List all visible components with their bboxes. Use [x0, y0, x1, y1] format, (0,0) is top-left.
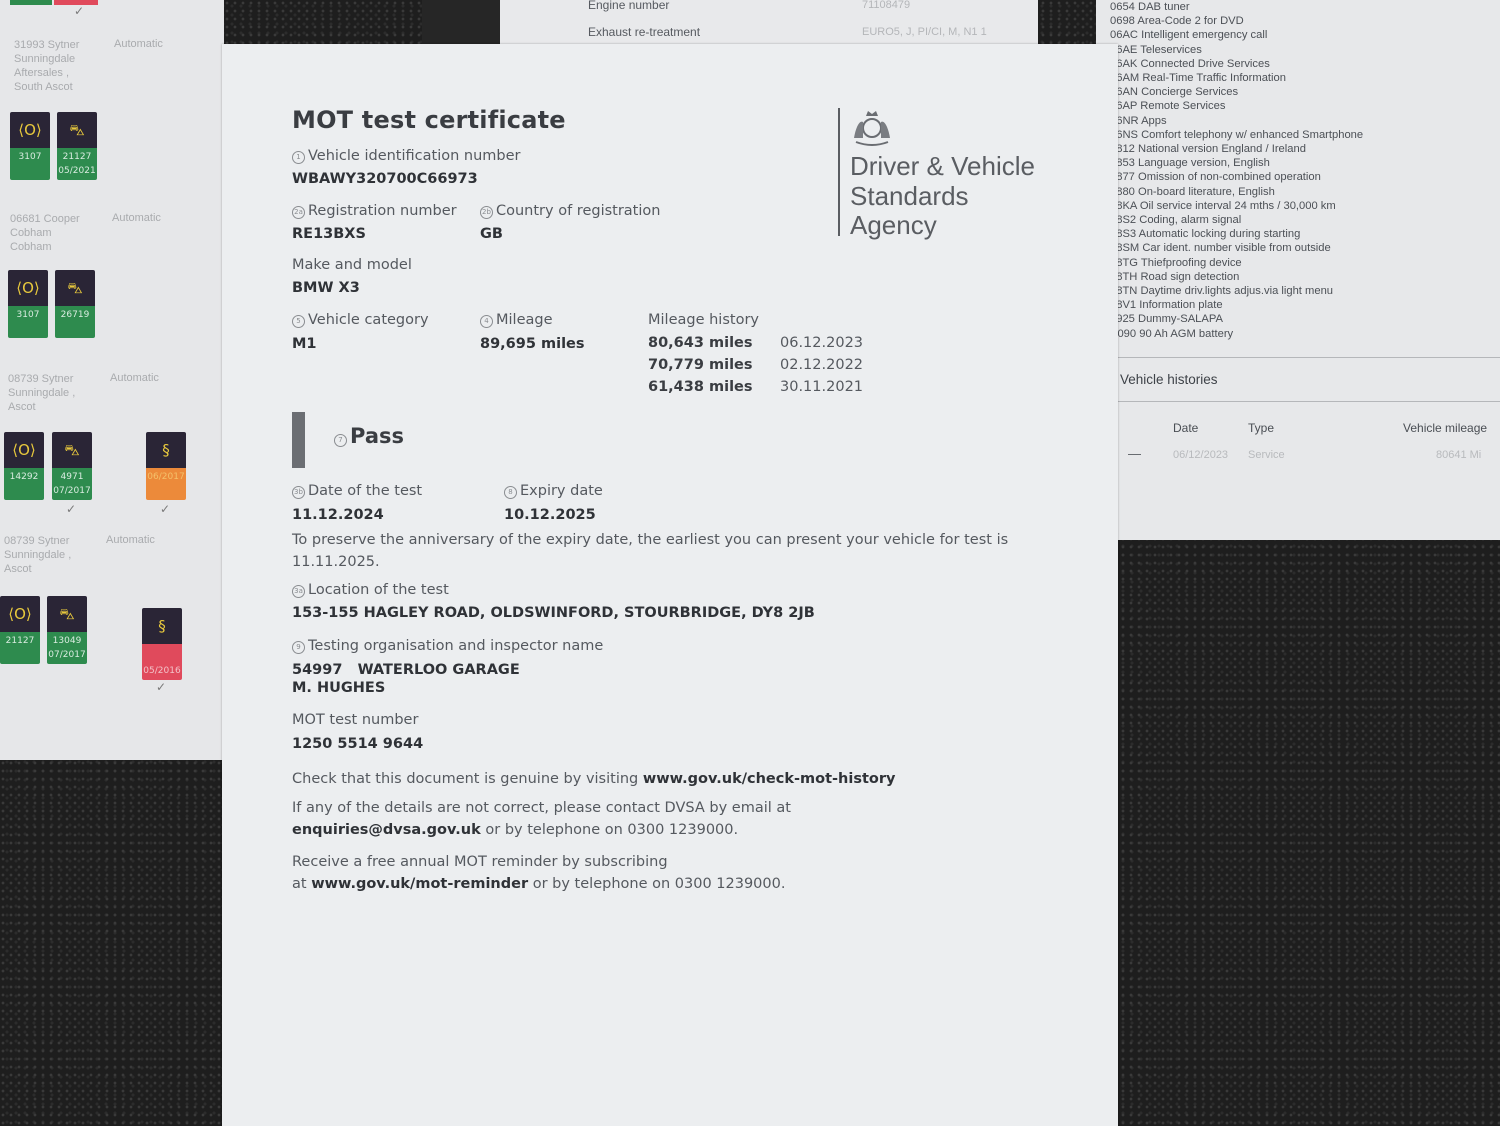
engine-number-label: Engine number [588, 0, 669, 12]
check-text: Check that this document is genuine by v… [292, 771, 638, 787]
column-header-type: Type [1248, 421, 1274, 435]
country-label-text: Country of registration [496, 203, 660, 219]
brake-service-icon: ⟨O⟩ [4, 432, 44, 468]
exhaust-label: Exhaust re-treatment [588, 25, 700, 39]
badge-date: 07/2017 [52, 484, 92, 498]
badge-mileage: 3107 [8, 308, 48, 322]
history-date: 06/12/2023 [1173, 449, 1228, 461]
reminder-text: Receive a free annual MOT reminder by su… [292, 854, 668, 870]
anniversary-text: To preserve the anniversary of the expir… [292, 532, 1008, 548]
org-label: 9Testing organisation and inspector name [292, 638, 603, 654]
location-label-text: Location of the test [308, 582, 449, 598]
org-value: 54997 WATERLOO GARAGE [292, 662, 520, 678]
option-item: 06AE Teleservices [1110, 43, 1363, 57]
dealer-line: Ascot [4, 562, 71, 576]
org-label-text: Testing organisation and inspector name [308, 638, 603, 654]
option-item: 06AK Connected Drive Services [1110, 57, 1363, 71]
agency-name: Driver & Vehicle Standards Agency [850, 152, 1035, 241]
history-type: Service [1248, 449, 1285, 461]
dealer-line: Cobham [10, 226, 80, 240]
option-item: 0654 DAB tuner [1110, 0, 1363, 14]
option-item: 08S2 Coding, alarm signal [1110, 213, 1363, 227]
royal-crest-icon [848, 108, 896, 148]
option-item: 08SM Car ident. number visible from outs… [1110, 241, 1363, 255]
dealer-line: Ascot [8, 400, 75, 414]
expiry-value: 10.12.2025 [504, 507, 596, 523]
dealer-line: 08739 Sytner [8, 372, 75, 386]
vin-label-text: Vehicle identification number [308, 148, 521, 164]
vehicle-details-sheet: Engine number 71108479 Exhaust re-treatm… [500, 0, 1038, 46]
dealer-line: Sunningdale [14, 52, 79, 66]
vin-value: WBAWY320700C66973 [292, 171, 478, 187]
contact-note: If any of the details are not correct, p… [292, 797, 791, 841]
dealer-entry: 08739 Sytner Sunningdale , Ascot [8, 372, 75, 414]
service-badge: § 06/2017 [146, 432, 186, 500]
option-item: 06NR Apps [1110, 114, 1363, 128]
check-mark: ✓ [66, 502, 76, 516]
field-number-icon: 7 [334, 434, 347, 447]
field-number-icon: 1 [292, 151, 305, 164]
option-item: A090 90 Ah AGM battery [1110, 327, 1363, 341]
location-label: 3aLocation of the test [292, 582, 449, 598]
engine-number-value: 71108479 [862, 0, 910, 11]
brake-service-icon: ⟨O⟩ [10, 112, 50, 148]
divider [1096, 401, 1500, 402]
options-list: 0654 DAB tuner0698 Area-Code 2 for DVD06… [1110, 0, 1363, 341]
badge-date: 07/2017 [47, 648, 87, 662]
vehicle-check-icon: ⛍ [52, 432, 92, 468]
page-title: MOT test certificate [292, 106, 566, 134]
badge-mileage: 26719 [55, 308, 95, 322]
badge-mileage: 3107 [10, 150, 50, 164]
logo-divider [838, 108, 840, 236]
badge-date: 05/2021 [57, 164, 97, 178]
option-item: 0853 Language version, English [1110, 156, 1363, 170]
vehicle-check-icon: ⛍ [47, 596, 87, 632]
service-badge: ⛍ 497107/2017 [52, 432, 92, 500]
service-badge: § 05/2016 [142, 608, 182, 680]
dealer-entry: 06681 Cooper Cobham Cobham [10, 212, 80, 254]
service-badge: ⛍ 26719 [55, 270, 95, 338]
service-badge: ⛍ 1304907/2017 [47, 596, 87, 664]
test-date-value: 11.12.2024 [292, 507, 384, 523]
brake-service-icon: ⟨O⟩ [8, 270, 48, 306]
service-badge: ⟨O⟩ 3107 [8, 270, 48, 338]
test-date-label: 3bDate of the test [292, 483, 422, 499]
exhaust-value: EURO5, J, PI/CI, M, N1 1 [862, 26, 987, 38]
field-number-icon: 3b [292, 486, 305, 499]
check-mot-history-link[interactable]: www.gov.uk/check-mot-history [643, 771, 896, 787]
option-item: 06AP Remote Services [1110, 99, 1363, 113]
test-number-value: 1250 5514 9644 [292, 736, 423, 752]
service-badge: ⛍ 2112705/2021 [57, 112, 97, 180]
mileage-value: 89,695 miles [480, 336, 585, 352]
mileage-label: 4Mileage [480, 312, 553, 328]
dealer-line: 08739 Sytner [4, 534, 71, 548]
anniversary-date: 11.11.2025. [292, 554, 380, 570]
registration-label-text: Registration number [308, 203, 457, 219]
dealer-line: 06681 Cooper [10, 212, 80, 226]
field-number-icon: 2a [292, 206, 305, 219]
agency-line: Standards [850, 182, 1035, 212]
dealer-entry: 08739 Sytner Sunningdale , Ascot [4, 534, 71, 576]
vehicle-check-icon: ⛍ [57, 112, 97, 148]
gearbox-label: Automatic [114, 38, 163, 50]
option-item: 08KA Oil service interval 24 mths / 30,0… [1110, 199, 1363, 213]
badge-mileage: 13049 [47, 634, 87, 648]
service-badge: ⟨O⟩ 14292 [4, 432, 44, 500]
service-badge: ⟨O⟩ 21127 [0, 596, 40, 664]
contact-phone-text: or by telephone on 0300 1239000. [485, 822, 738, 838]
location-value: 153-155 HAGLEY ROAD, OLDSWINFORD, STOURB… [292, 605, 815, 621]
badge-date: 05/2016 [142, 664, 182, 678]
option-item: 08TG Thiefproofing device [1110, 256, 1363, 270]
vehicle-check-icon: ⛍ [55, 270, 95, 306]
dealer-entry: 31993 Sytner Sunningdale Aftersales , So… [14, 38, 79, 94]
option-item: 08V1 Information plate [1110, 298, 1363, 312]
gearbox-label: Automatic [112, 212, 161, 224]
field-number-icon: 8 [504, 486, 517, 499]
service-badge: ⟨O⟩ 3107 [10, 112, 50, 180]
mot-certificate: MOT test certificate 1Vehicle identifica… [222, 44, 1118, 1126]
mileage-history-date: 02.12.2022 [780, 357, 863, 373]
badge-fragment [10, 0, 52, 5]
badge-mileage: 14292 [4, 470, 44, 484]
option-item: 06AC Intelligent emergency call [1110, 28, 1363, 42]
brake-service-icon: ⟨O⟩ [0, 596, 40, 632]
dealer-line: Sunningdale , [4, 548, 71, 562]
check-mark: ✓ [74, 4, 84, 18]
inspector-value: M. HUGHES [292, 680, 385, 696]
collapse-toggle[interactable]: — [1128, 446, 1141, 461]
result-bar [292, 412, 305, 468]
category-label: 5Vehicle category [292, 312, 429, 328]
background-gap [422, 0, 500, 44]
dealer-line: South Ascot [14, 80, 79, 94]
registration-value: RE13BXS [292, 226, 366, 242]
mileage-history-date: 06.12.2023 [780, 335, 863, 351]
field-number-icon: 9 [292, 641, 305, 654]
option-item: 0877 Omission of non-combined operation [1110, 170, 1363, 184]
test-date-label-text: Date of the test [308, 483, 422, 499]
divider [1096, 357, 1500, 358]
badge-mileage: 4971 [52, 470, 92, 484]
field-number-icon: 4 [480, 315, 493, 328]
test-result: 7Pass [334, 424, 404, 448]
column-header-mileage: Vehicle mileage [1403, 421, 1487, 435]
mot-reminder-link[interactable]: www.gov.uk/mot-reminder [311, 876, 528, 892]
field-number-icon: 3a [292, 585, 305, 598]
badge-date: 06/2017 [146, 470, 186, 484]
contact-email-link[interactable]: enquiries@dvsa.gov.uk [292, 822, 481, 838]
dealer-line: Cobham [10, 240, 80, 254]
option-item: 0812 National version England / Ireland [1110, 142, 1363, 156]
country-label: 2bCountry of registration [480, 203, 660, 219]
option-item: 06AM Real-Time Traffic Information [1110, 71, 1363, 85]
test-number-label: MOT test number [292, 712, 418, 728]
option-item: 0925 Dummy-SALAPA [1110, 312, 1363, 326]
mileage-history-date: 30.11.2021 [780, 379, 863, 395]
contact-text: If any of the details are not correct, p… [292, 800, 791, 816]
service-history-sheet: ✓ 31993 Sytner Sunningdale Aftersales , … [0, 0, 224, 760]
check-mark: ✓ [156, 680, 166, 694]
mileage-history-miles: 61,438 miles [648, 379, 753, 395]
option-item: 08TH Road sign detection [1110, 270, 1363, 284]
column-header-date: Date [1173, 421, 1198, 435]
history-mileage: 80641 Mi [1436, 449, 1481, 461]
vehicle-inspection-icon: § [142, 608, 182, 644]
check-mark: ✓ [160, 502, 170, 516]
option-item: 0880 On-board literature, English [1110, 185, 1363, 199]
vehicle-options-sheet: 0654 DAB tuner0698 Area-Code 2 for DVD06… [1096, 0, 1500, 540]
option-item: 08TN Daytime driv.lights adjus.via light… [1110, 284, 1363, 298]
reminder-note: Receive a free annual MOT reminder by su… [292, 851, 785, 895]
mileage-history-miles: 70,779 miles [648, 357, 753, 373]
dealer-line: Sunningdale , [8, 386, 75, 400]
dealer-line: 31993 Sytner [14, 38, 79, 52]
field-number-icon: 5 [292, 315, 305, 328]
expiry-label-text: Expiry date [520, 483, 603, 499]
agency-line: Agency [850, 211, 1035, 241]
anniversary-note: To preserve the anniversary of the expir… [292, 529, 1012, 573]
mileage-label-text: Mileage [496, 312, 553, 328]
badge-mileage: 21127 [0, 634, 40, 648]
gearbox-label: Automatic [106, 534, 155, 546]
test-result-text: Pass [350, 424, 404, 448]
vehicle-inspection-icon: § [146, 432, 186, 468]
badge-fragment [54, 0, 98, 5]
reminder-at: at [292, 876, 307, 892]
mileage-history-miles: 80,643 miles [648, 335, 753, 351]
genuine-check-note: Check that this document is genuine by v… [292, 768, 895, 790]
vehicle-histories-title: Vehicle histories [1120, 372, 1218, 387]
option-item: 06NS Comfort telephony w/ enhanced Smart… [1110, 128, 1363, 142]
registration-label: 2aRegistration number [292, 203, 457, 219]
reminder-phone-text: or by telephone on 0300 1239000. [533, 876, 786, 892]
option-item: 08S3 Automatic locking during starting [1110, 227, 1363, 241]
gearbox-label: Automatic [110, 372, 159, 384]
make-model-label: Make and model [292, 257, 412, 273]
badge-mileage: 21127 [57, 150, 97, 164]
category-value: M1 [292, 336, 317, 352]
make-model-value: BMW X3 [292, 280, 360, 296]
agency-line: Driver & Vehicle [850, 152, 1035, 182]
dealer-line: Aftersales , [14, 66, 79, 80]
field-number-icon: 2b [480, 206, 493, 219]
country-value: GB [480, 226, 503, 242]
option-item: 06AN Concierge Services [1110, 85, 1363, 99]
mileage-history-label: Mileage history [648, 312, 759, 328]
vin-label: 1Vehicle identification number [292, 148, 521, 164]
option-item: 0698 Area-Code 2 for DVD [1110, 14, 1363, 28]
expiry-label: 8Expiry date [504, 483, 603, 499]
category-label-text: Vehicle category [308, 312, 429, 328]
